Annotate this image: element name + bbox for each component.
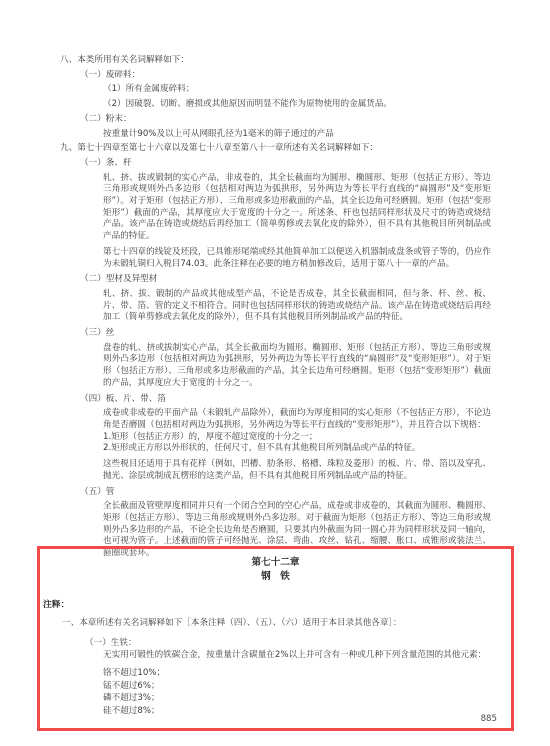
document-page: 八、本类所用有关名词解释如下： （一）废碎料： （1）所有金属废碎料； （2）因…	[0, 0, 550, 746]
note-1-heading: 一、本章所述有关名词解释如下［本条注释（四）、（五）、（六）适用于本目录其他各章…	[62, 618, 492, 630]
chapter-title: 钢 铁	[40, 571, 511, 583]
notes-label: 注释：	[43, 597, 511, 610]
chapter-number: 第七十二章	[40, 557, 511, 569]
section-8-heading: 八、本类所用有关名词解释如下：	[60, 55, 490, 67]
profiles-paragraph: 轧、挤、拔、锻制的产品或其他成型产品，不论是否成卷，其全长截面相同，但与条、杆、…	[103, 289, 491, 324]
plates-paragraph: 成卷或非成卷的平面产品（未锻轧产品除外），截面均为厚度相同的实心矩形（不包括正方…	[103, 408, 491, 431]
plates-heading: （四）板、片、带、箔	[80, 394, 492, 406]
wire-bars-paragraph: 第七十四章的线锭及坯段，已具锥形尾端或经其他简单加工以便送入机器制成盘条或管子等…	[103, 247, 491, 270]
profiles-heading: （二）型材及异型材	[80, 274, 492, 286]
limit-chromium: 铬不超过10%；	[103, 667, 511, 680]
element-limits: 铬不超过10%； 锰不超过6%； 磷不超过3%； 硅不超过8%；	[103, 667, 511, 717]
highlight-box: 第七十二章 钢 铁 注释： 一、本章所述有关名词解释如下［本条注释（四）、（五）…	[37, 546, 514, 731]
scrap-heading: （一）废碎料：	[80, 70, 492, 82]
section-9-heading: 九、第七十四章至第七十六章以及第七十八章至第八十一章所述有关名词解释如下：	[60, 143, 490, 155]
pig-iron-heading: （一）生铁：	[85, 638, 511, 650]
wire-paragraph: 盘卷的轧、挤或拔制实心产品，其全长截面均为圆形、椭圆形、矩形（包括正方形）、等边…	[103, 343, 491, 390]
pig-iron-intro: 无实用可锻性的铁碳合金，按重量计含碳量在2%以上并可含有一种或几种下列含量范围的…	[103, 650, 491, 662]
plates-patterns-paragraph: 这些税目还适用于具有花样（例如，凹槽、肋条形、格槽、珠粒及菱形）的板、片、带、箔…	[103, 459, 491, 482]
limit-silicon: 硅不超过8%；	[103, 705, 511, 718]
tubes-heading: （五）管	[80, 487, 492, 499]
plates-spec-1: 1.矩形（包括正方形）的，厚度不超过宽度的十分之一；	[103, 432, 491, 444]
limit-manganese: 锰不超过6%；	[103, 680, 511, 693]
page-number: 885	[481, 714, 497, 724]
powder-heading: （二）粉末：	[80, 114, 492, 126]
powder-definition: 按重量计90%及以上可从网眼孔径为1毫米的筛子通过的产品	[103, 129, 491, 141]
scrap-item-1: （1）所有金属废碎料；	[103, 84, 491, 96]
plates-spec-2: 2.矩形或正方形以外形状的，任何尺寸，但不具有其他税目所列制品或产品的特征。	[103, 443, 491, 455]
bars-rods-heading: （一）条、杆	[80, 158, 492, 170]
wire-heading: （三）丝	[80, 328, 492, 340]
document-body: 八、本类所用有关名词解释如下： （一）废碎料： （1）所有金属废碎料； （2）因…	[0, 55, 550, 564]
bars-rods-paragraph: 轧、挤、拔或锻制的实心产品，非成卷的，其全长截面均为圆形、椭圆形、矩形（包括正方…	[103, 173, 491, 243]
limit-phosphorus: 磷不超过3%；	[103, 692, 511, 705]
scrap-item-2: （2）因破裂、切断、磨损或其他原因而明显不能作为原物使用的金属货品。	[103, 99, 491, 111]
